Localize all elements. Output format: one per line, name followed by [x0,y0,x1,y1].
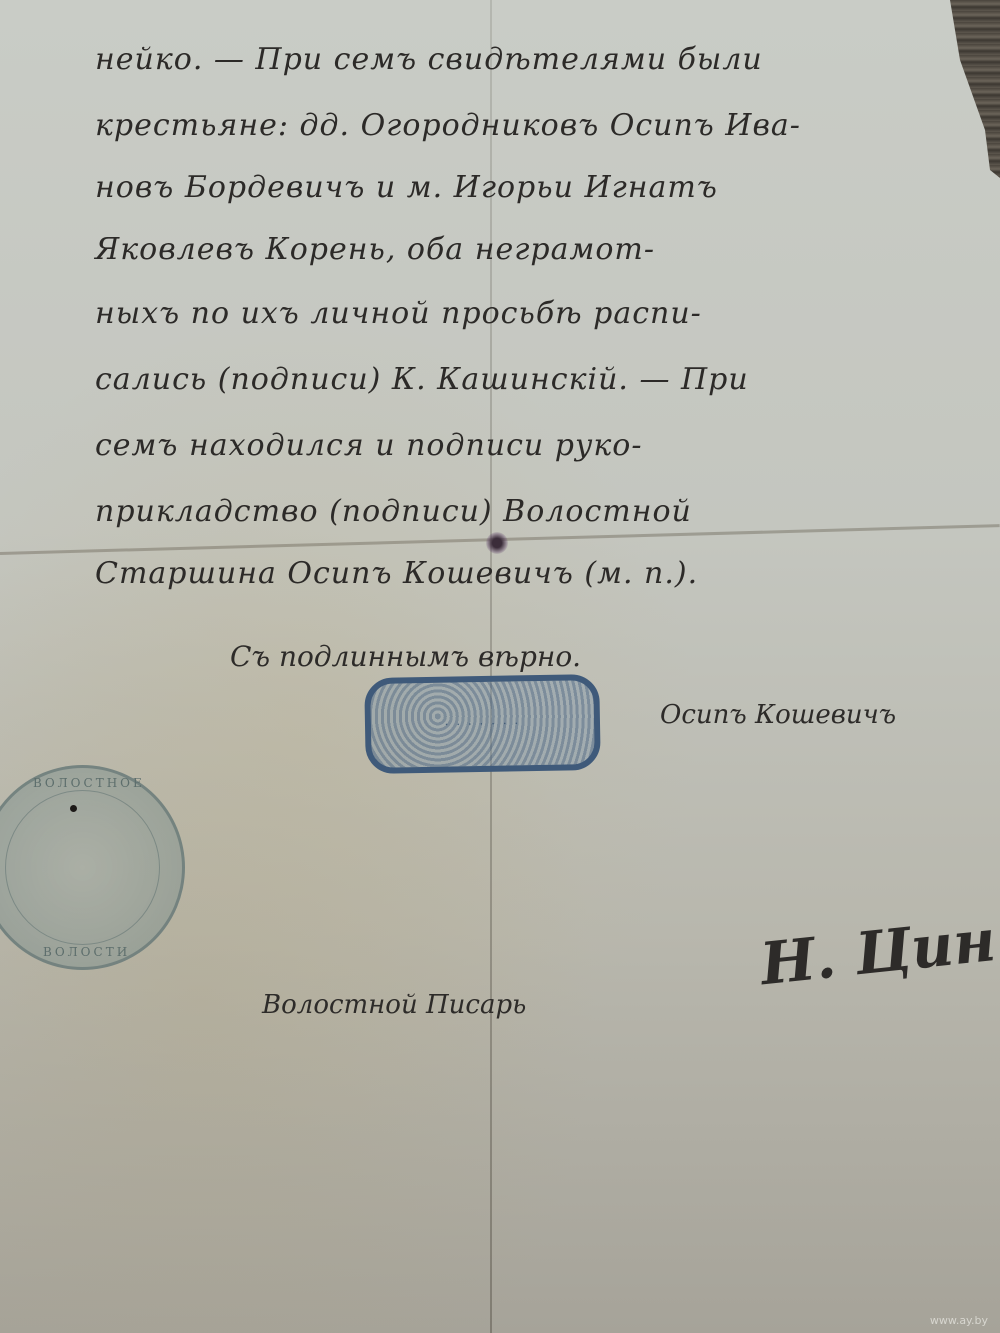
watermark: www.ay.by [930,1314,988,1327]
body-line-3: новъ Бордевичъ и м. Игорьи Игнатъ [95,170,718,205]
seal-puncture-hole [70,805,77,812]
body-line-6: сались (подписи) К. Кашинскій. — При [95,362,749,397]
body-line-1: нейко. — При семъ свидѣтелями были [95,42,763,77]
rectangular-ink-stamp: · · · · · · · [364,674,601,774]
body-line-5: ныхъ по ихъ личной просьбѣ распи- [95,296,702,331]
body-line-2: крестьяне: дд. Огородниковъ Осипъ Ива- [95,108,801,143]
ink-blot-hole [486,532,508,554]
body-line-9: Старшина Осипъ Кошевичъ (м. п.). [95,556,698,591]
elder-signature: Осипъ Кошевичъ [660,700,896,730]
clerk-label: Волостной Писарь [262,990,526,1020]
certification-line: Съ подлиннымъ вѣрно. [230,640,581,673]
seal-text-bottom: ВОЛОСТИ [43,945,130,959]
body-line-7: семъ находился и подписи руко- [95,428,643,463]
seal-inner-ring [5,790,160,945]
stamp-text: · · · · · · · [445,716,521,731]
body-line-8: прикладство (подписи) Волостной [95,494,692,529]
seal-text-top: ВОЛОСТНОЕ [33,776,145,790]
body-line-4: Яковлевъ Корень, оба неграмот- [95,232,655,267]
